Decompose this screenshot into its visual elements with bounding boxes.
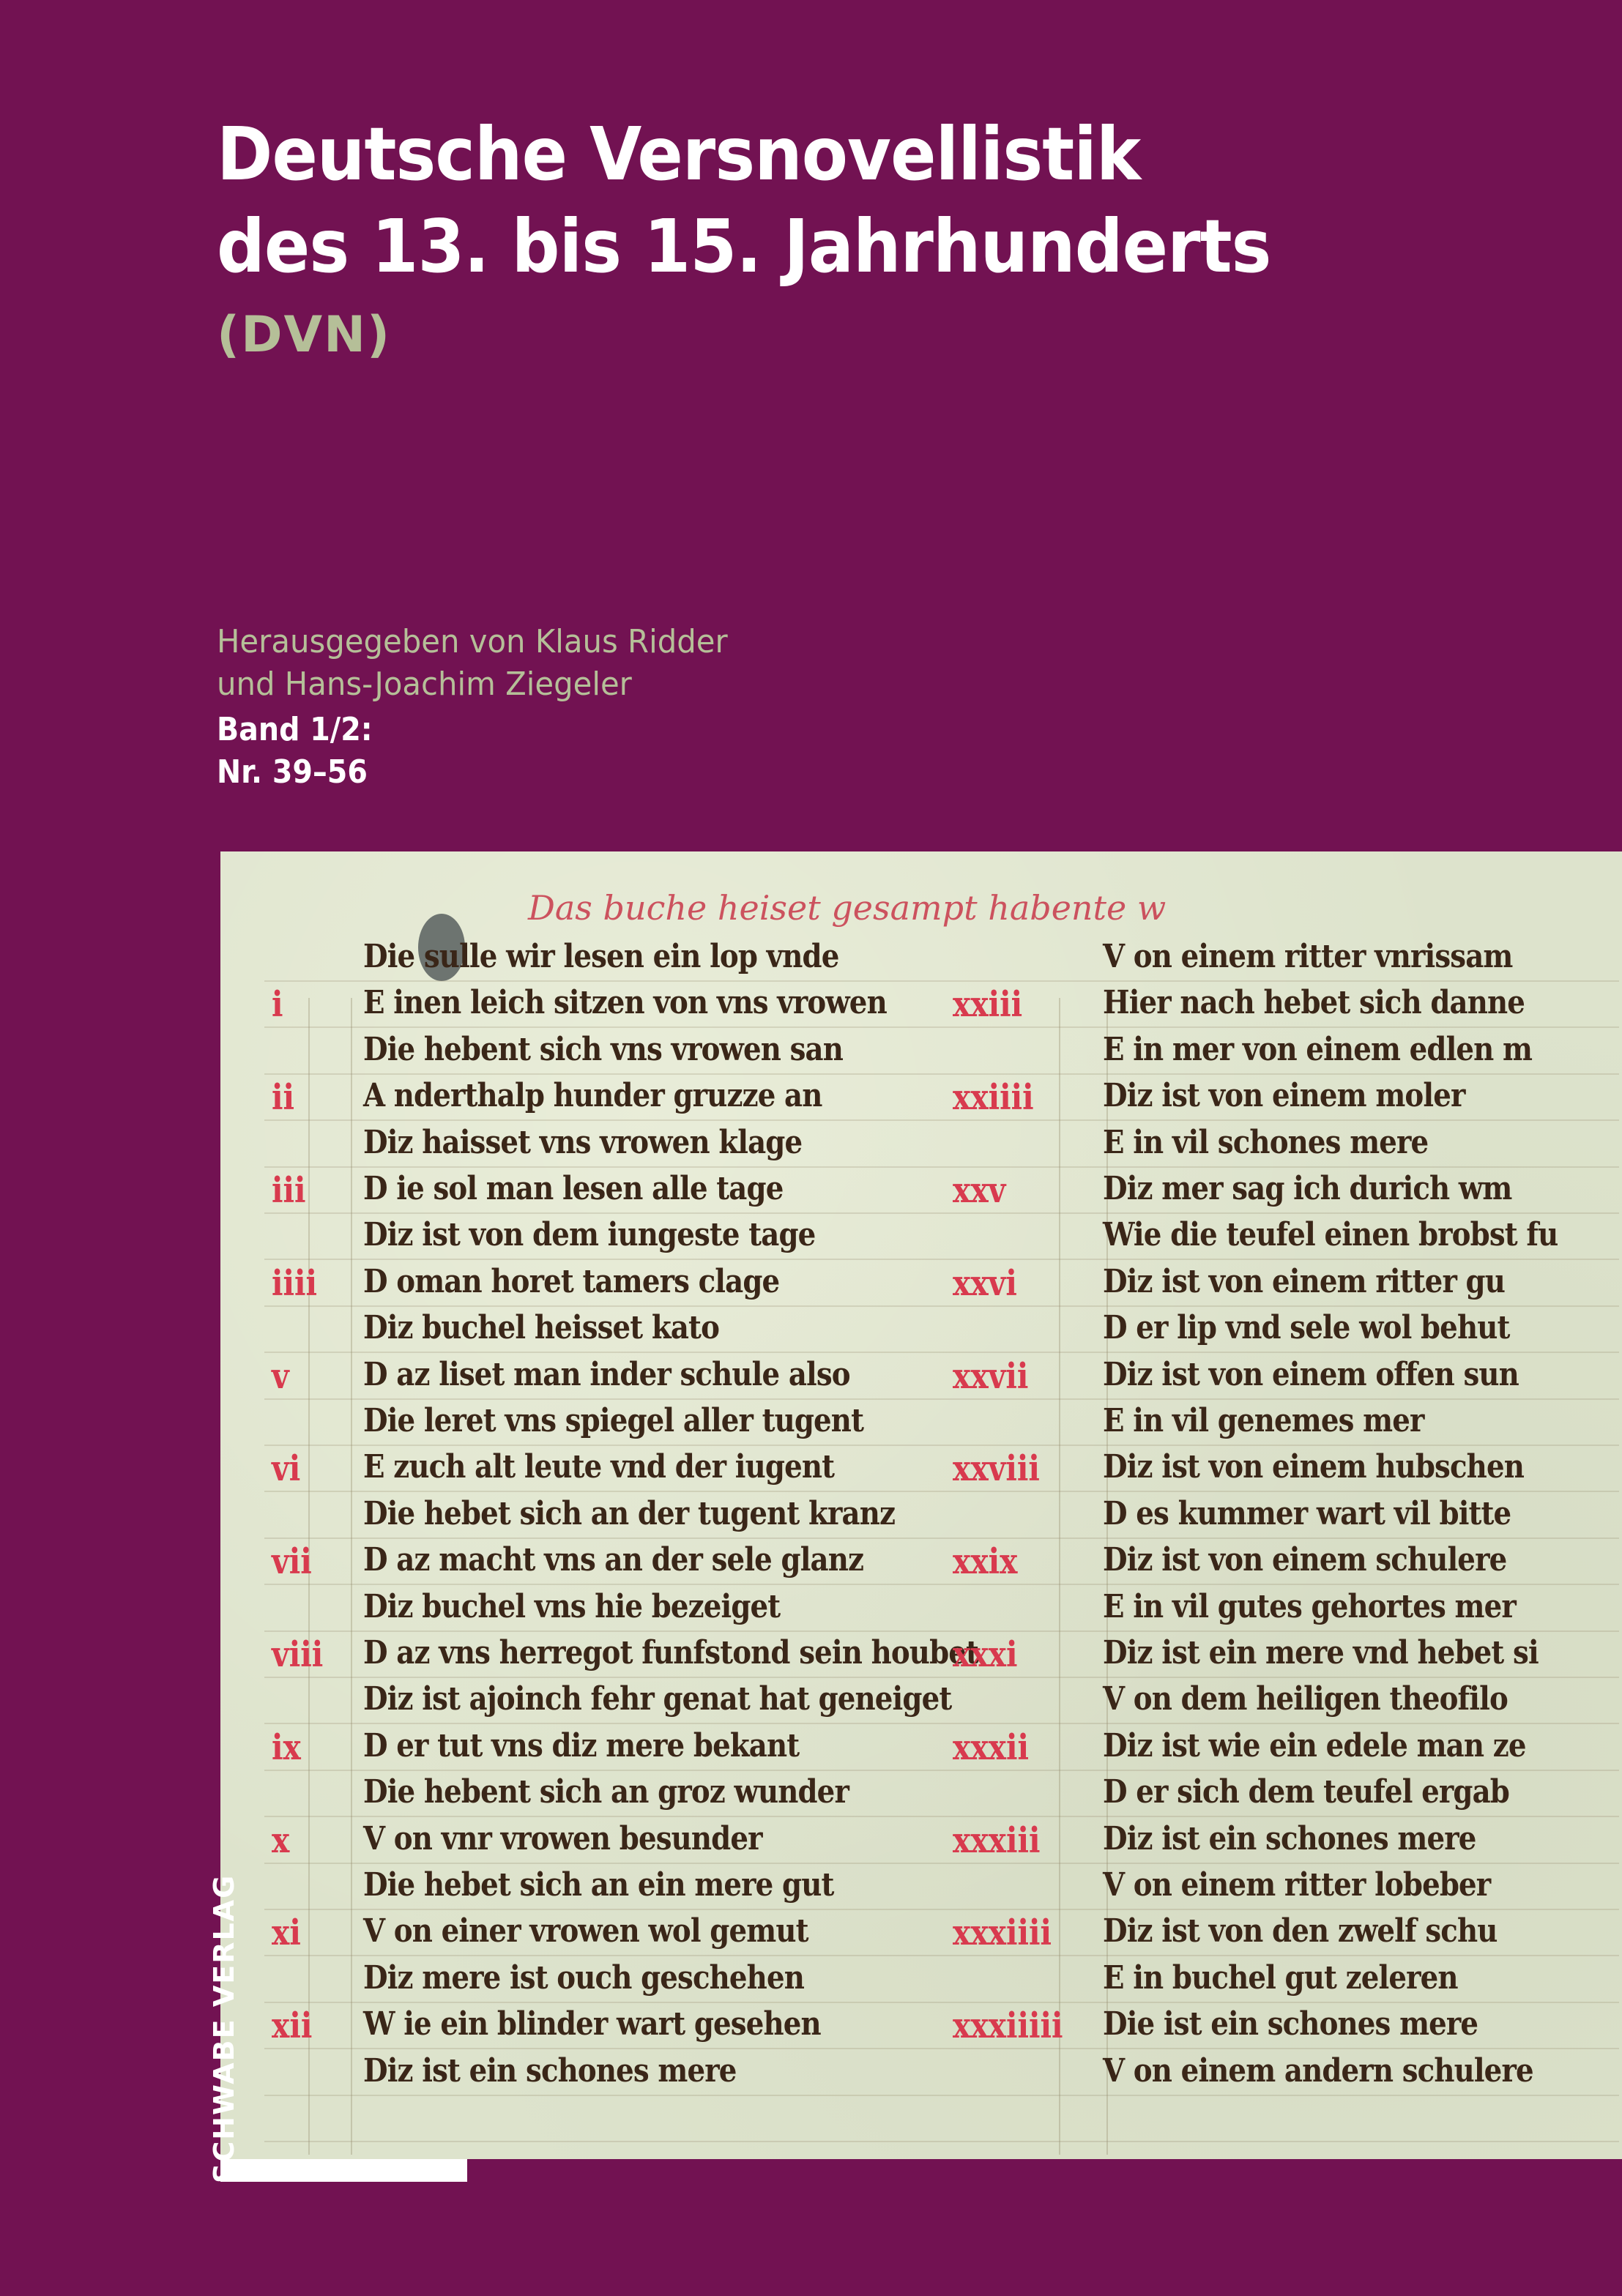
ruling-line bbox=[264, 1723, 1619, 1724]
rubric-numeral: xxiii bbox=[953, 984, 1022, 1025]
rubric-numeral: xxxi bbox=[953, 1634, 1017, 1675]
manuscript-line: Wie die teufel einen brobst fu bbox=[1103, 1216, 1558, 1253]
rubric-numeral: v bbox=[272, 1356, 289, 1397]
series-abbreviation: (DVN) bbox=[217, 306, 391, 365]
manuscript-line: Diz ist ajoinch fehr genat hat geneiget bbox=[363, 1680, 951, 1718]
rubric-numeral: xxv bbox=[953, 1170, 1005, 1211]
manuscript-line: Diz buchel vns hie bezeiget bbox=[363, 1588, 780, 1625]
rubric-numeral: xxvi bbox=[953, 1263, 1017, 1304]
editors: Herausgegeben von Klaus Ridder und Hans-… bbox=[217, 621, 728, 706]
manuscript-line: E in vil genemes mer bbox=[1103, 1402, 1424, 1439]
ruling-line bbox=[264, 1630, 1619, 1632]
title-line-2: des 13. bis 15. Jahrhunderts bbox=[217, 201, 1271, 293]
manuscript-line: Diz ist von einem offen sun bbox=[1103, 1356, 1519, 1393]
manuscript-line: W ie ein blinder wart gesehen bbox=[363, 2005, 821, 2043]
ruling-line bbox=[264, 1259, 1619, 1260]
ruling-line bbox=[264, 1955, 1619, 1956]
manuscript-line: E in vil gutes gehortes mer bbox=[1103, 1588, 1516, 1625]
rubric-numeral: ix bbox=[272, 1727, 301, 1768]
ruling-line bbox=[351, 998, 352, 2155]
manuscript-line: V on einer vrowen wol gemut bbox=[363, 1912, 808, 1950]
manuscript-line: A nderthalp hunder gruzze an bbox=[363, 1077, 822, 1114]
manuscript-line: Die ist ein schones mere bbox=[1103, 2005, 1478, 2043]
manuscript-line: Diz ist von dem iungeste tage bbox=[363, 1216, 815, 1253]
manuscript-line: Diz ist von einem hubschen bbox=[1103, 1448, 1524, 1486]
ruling-line bbox=[264, 1026, 1619, 1028]
manuscript-line: E in vil schones mere bbox=[1103, 1124, 1428, 1161]
manuscript-line: Diz ist von einem schulere bbox=[1103, 1541, 1506, 1578]
book-title: Deutsche Versnovellistik des 13. bis 15.… bbox=[217, 108, 1271, 293]
ruling-line bbox=[264, 1770, 1619, 1771]
rubric-numeral: iii bbox=[272, 1170, 305, 1211]
manuscript-line: E in mer von einem edlen m bbox=[1103, 1031, 1532, 1068]
editors-line-2: und Hans-Joachim Ziegeler bbox=[217, 663, 728, 706]
manuscript-line: Diz mer sag ich durich wm bbox=[1103, 1170, 1511, 1207]
manuscript-line: Diz ist ein schones mere bbox=[1103, 1820, 1476, 1857]
manuscript-line: V on einem ritter vnrissam bbox=[1103, 938, 1513, 975]
ruling-line bbox=[264, 1305, 1619, 1307]
volume-numbers: Nr. 39–56 bbox=[217, 751, 373, 794]
rubric-numeral: xi bbox=[272, 1912, 301, 1953]
ruling-line bbox=[264, 1119, 1619, 1121]
rubric-numeral: viii bbox=[272, 1634, 323, 1675]
manuscript-line: Die hebent sich vns vrowen san bbox=[363, 1031, 843, 1068]
manuscript-line: Diz haisset vns vrowen klage bbox=[363, 1124, 802, 1161]
rubric-numeral: xxxiiii bbox=[953, 1912, 1052, 1953]
rubric-numeral: vi bbox=[272, 1448, 300, 1489]
manuscript-line: Diz ist wie ein edele man ze bbox=[1103, 1727, 1526, 1764]
manuscript-line: D az vns herregot funfstond sein houbet bbox=[363, 1634, 978, 1671]
rubric-numeral: vii bbox=[272, 1541, 312, 1582]
manuscript-line: D er tut vns diz mere bekant bbox=[363, 1727, 799, 1764]
ruling-line bbox=[264, 1677, 1619, 1678]
ruling-line bbox=[264, 2002, 1619, 2003]
ruling-line bbox=[264, 1863, 1619, 1864]
ruling-line bbox=[264, 1909, 1619, 1910]
rubric-numeral: xii bbox=[272, 2005, 312, 2046]
manuscript-line: D er sich dem teufel ergab bbox=[1103, 1773, 1509, 1811]
manuscript-line: V on einem ritter lobeber bbox=[1103, 1866, 1490, 1904]
manuscript-heading: Das buche heiset gesampt habente w bbox=[528, 888, 1166, 928]
ruling-line bbox=[264, 2095, 1619, 2096]
manuscript-line: E inen leich sitzen von vns vrowen bbox=[363, 984, 887, 1021]
manuscript-line: V on dem heiligen theofilo bbox=[1103, 1680, 1508, 1718]
rubric-numeral: xxvii bbox=[953, 1356, 1028, 1397]
publisher-logo: SCHWABE VERLAG bbox=[210, 1874, 238, 2183]
ruling-line bbox=[264, 1445, 1619, 1446]
manuscript-line: Hier nach hebet sich danne bbox=[1103, 984, 1525, 1021]
rubric-numeral: xxxiii bbox=[953, 1820, 1040, 1861]
manuscript-line: Die hebet sich an ein mere gut bbox=[363, 1866, 834, 1904]
manuscript-line: Die hebent sich an groz wunder bbox=[363, 1773, 849, 1811]
manuscript-line: Diz mere ist ouch geschehen bbox=[363, 1959, 804, 1997]
manuscript-line: D oman horet tamers clage bbox=[363, 1263, 779, 1300]
rubric-numeral: i bbox=[272, 984, 283, 1025]
ruling-line bbox=[264, 1398, 1619, 1400]
manuscript-line: Die leret vns spiegel aller tugent bbox=[363, 1402, 863, 1439]
manuscript-line: D az liset man inder schule also bbox=[363, 1356, 850, 1393]
manuscript-line: V on einem andern schulere bbox=[1103, 2052, 1533, 2090]
rubric-numeral: xxxiiiii bbox=[953, 2005, 1063, 2046]
rubric-numeral: xxviii bbox=[953, 1448, 1040, 1489]
manuscript-line: E zuch alt leute vnd der iugent bbox=[363, 1448, 834, 1486]
manuscript-line: V on vnr vrowen besunder bbox=[363, 1820, 762, 1857]
manuscript-line: Diz ist ein mere vnd hebet si bbox=[1103, 1634, 1539, 1671]
rubric-numeral: ii bbox=[272, 1077, 294, 1118]
manuscript-line: D es kummer wart vil bitte bbox=[1103, 1495, 1511, 1532]
manuscript-line: Die hebet sich an der tugent kranz bbox=[363, 1495, 895, 1532]
ruling-line bbox=[264, 980, 1619, 982]
editors-line-1: Herausgegeben von Klaus Ridder bbox=[217, 621, 728, 663]
ruling-line bbox=[264, 2141, 1619, 2142]
manuscript-line: Die sulle wir lesen ein lop vnde bbox=[363, 938, 838, 975]
ruling-line bbox=[264, 1816, 1619, 1817]
manuscript-line: Diz buchel heisset kato bbox=[363, 1309, 719, 1346]
rubric-numeral: x bbox=[272, 1820, 289, 1861]
manuscript-line: Diz ist von einem ritter gu bbox=[1103, 1263, 1505, 1300]
ruling-line bbox=[1059, 998, 1060, 2155]
manuscript-line: Diz ist von den zwelf schu bbox=[1103, 1912, 1498, 1950]
rubric-numeral: xxxii bbox=[953, 1727, 1029, 1768]
ruling-line bbox=[264, 2048, 1619, 2049]
ruling-line bbox=[264, 1212, 1619, 1214]
manuscript-image: Das buche heiset gesampt habente w iiiii… bbox=[220, 851, 1622, 2159]
ruling-line bbox=[264, 1073, 1619, 1075]
rubric-numeral: xxiiii bbox=[953, 1077, 1034, 1118]
ruling-line bbox=[264, 1491, 1619, 1492]
manuscript-line: D ie sol man lesen alle tage bbox=[363, 1170, 783, 1207]
rubric-numeral: xxix bbox=[953, 1541, 1017, 1582]
volume-info: Band 1/2: Nr. 39–56 bbox=[217, 709, 373, 794]
white-accent-bar bbox=[220, 2159, 467, 2182]
manuscript-line: D er lip vnd sele wol behut bbox=[1103, 1309, 1510, 1346]
ruling-line bbox=[264, 1352, 1619, 1353]
ruling-line bbox=[264, 1584, 1619, 1585]
manuscript-line: Diz ist ein schones mere bbox=[363, 2052, 737, 2090]
ruling-line bbox=[264, 1537, 1619, 1539]
ruling-line bbox=[264, 1166, 1619, 1168]
title-line-1: Deutsche Versnovellistik bbox=[217, 108, 1271, 201]
manuscript-line: E in buchel gut zeleren bbox=[1103, 1959, 1458, 1997]
volume-label: Band 1/2: bbox=[217, 709, 373, 751]
manuscript-line: D az macht vns an der sele glanz bbox=[363, 1541, 863, 1578]
manuscript-line: Diz ist von einem moler bbox=[1103, 1077, 1465, 1114]
rubric-numeral: iiii bbox=[272, 1263, 317, 1304]
